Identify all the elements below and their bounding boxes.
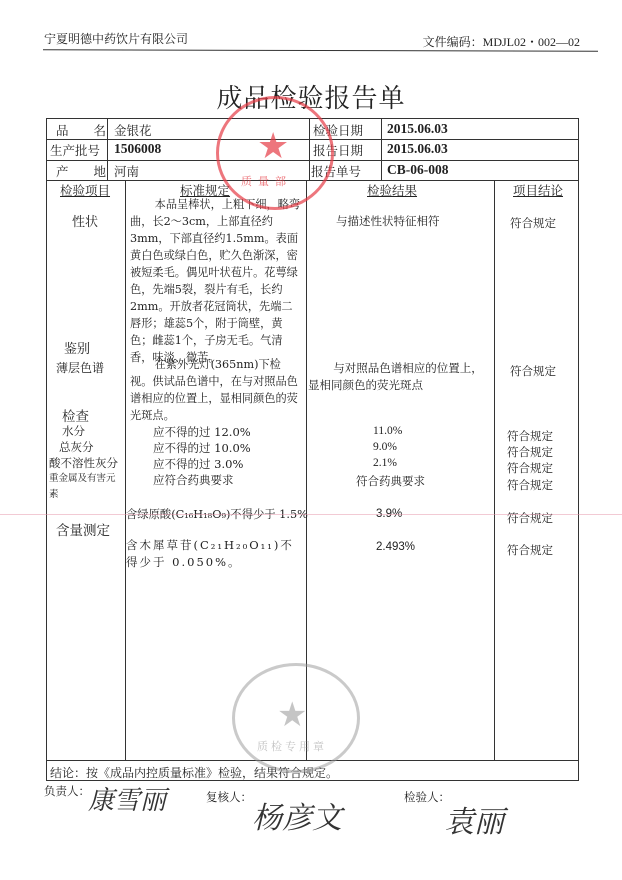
scan-artifact-line [0,514,622,515]
quality-department-stamp: ★ 质量部 [216,96,334,210]
check-conclusion: 符合规定 [507,477,553,493]
check-item: 总灰分 [59,439,94,455]
header-divider [43,49,598,51]
item-identification: 鉴别 [64,338,90,357]
report-date-value: 2015.06.03 [387,141,448,157]
check-conclusion: 符合规定 [507,428,553,444]
result-appearance: 与描述性状特征相符 [336,213,440,229]
star-icon: ★ [277,698,307,732]
standard-appearance: 本品呈棒状，上粗下细，略弯曲，长2～3cm，上部直径约3mm，下部直径约1.5m… [130,196,302,366]
check-standard: 应符合药典要求 [153,472,234,488]
reviewer-signature: 杨彦文 [252,793,342,837]
batch-label: 生产批号 [50,141,100,159]
check-item: 重金属及有害元素 [49,471,124,503]
check-result: 9.0% [373,441,397,453]
col-header-item: 检验项目 [60,181,110,199]
star-icon: ★ [257,129,289,165]
inspection-seal-stamp: ★ 质检专用章 [232,663,360,773]
product-name-label: 品 名 [56,121,106,139]
check-result: 符合药典要求 [356,473,425,489]
batch-value: 1506008 [114,141,161,157]
check-standard: 应不得的过 3.0% [153,456,243,472]
check-conclusion: 符合规定 [507,460,553,476]
reviewer-label: 复核人： [206,789,252,805]
check-result: 11.0% [373,425,402,437]
responsible-signature: 康雪丽 [88,780,166,817]
conclusion-identification: 符合规定 [510,363,556,379]
product-name-value: 金银花 [114,121,152,139]
report-no-value: CB-06-008 [387,162,449,178]
col-header-conclusion: 项目结论 [513,181,563,199]
responsible-label: 负责人： [44,783,90,799]
col-header-result: 检验结果 [367,181,417,199]
assay-standard-luteoloside: 含木犀草苷(C₂₁H₂₀O₁₁)不得少于 0.050%。 [126,537,298,571]
assay-conclusion-luteoloside: 符合规定 [507,542,553,558]
assay-conclusion-chlorogenic: 符合规定 [507,510,553,526]
result-identification: 与对照品色谱相应的位置上，显相同颜色的荧光斑点 [308,360,490,394]
check-conclusion: 符合规定 [507,444,553,460]
check-result: 2.1% [373,457,397,469]
check-standard: 应不得的过 12.0% [153,424,251,440]
assay-result-luteoloside: 2.493% [376,541,415,553]
item-assay: 含量测定 [56,519,110,539]
standard-identification: 在紫外光灯(365nm)下检视。供试品色谱中，在与对照品色谱相应的位置上，显相同… [130,356,302,424]
item-appearance: 性状 [72,211,98,230]
company-name: 宁夏明德中药饮片有限公司 [44,30,188,47]
check-item: 水分 [62,423,85,439]
inspector-signature: 袁丽 [444,797,504,841]
inspect-date-value: 2015.06.03 [387,121,448,137]
check-standard: 应不得的过 10.0% [153,440,251,456]
check-item: 酸不溶性灰分 [49,455,118,471]
origin-label: 产 地 [56,162,106,180]
document-code: 文件编码：MDJL02・002—02 [423,33,580,50]
item-identification-tlc: 薄层色谱 [56,359,104,376]
conclusion-appearance: 符合规定 [510,215,556,231]
origin-value: 河南 [114,162,139,180]
item-checks: 检查 [62,405,89,425]
